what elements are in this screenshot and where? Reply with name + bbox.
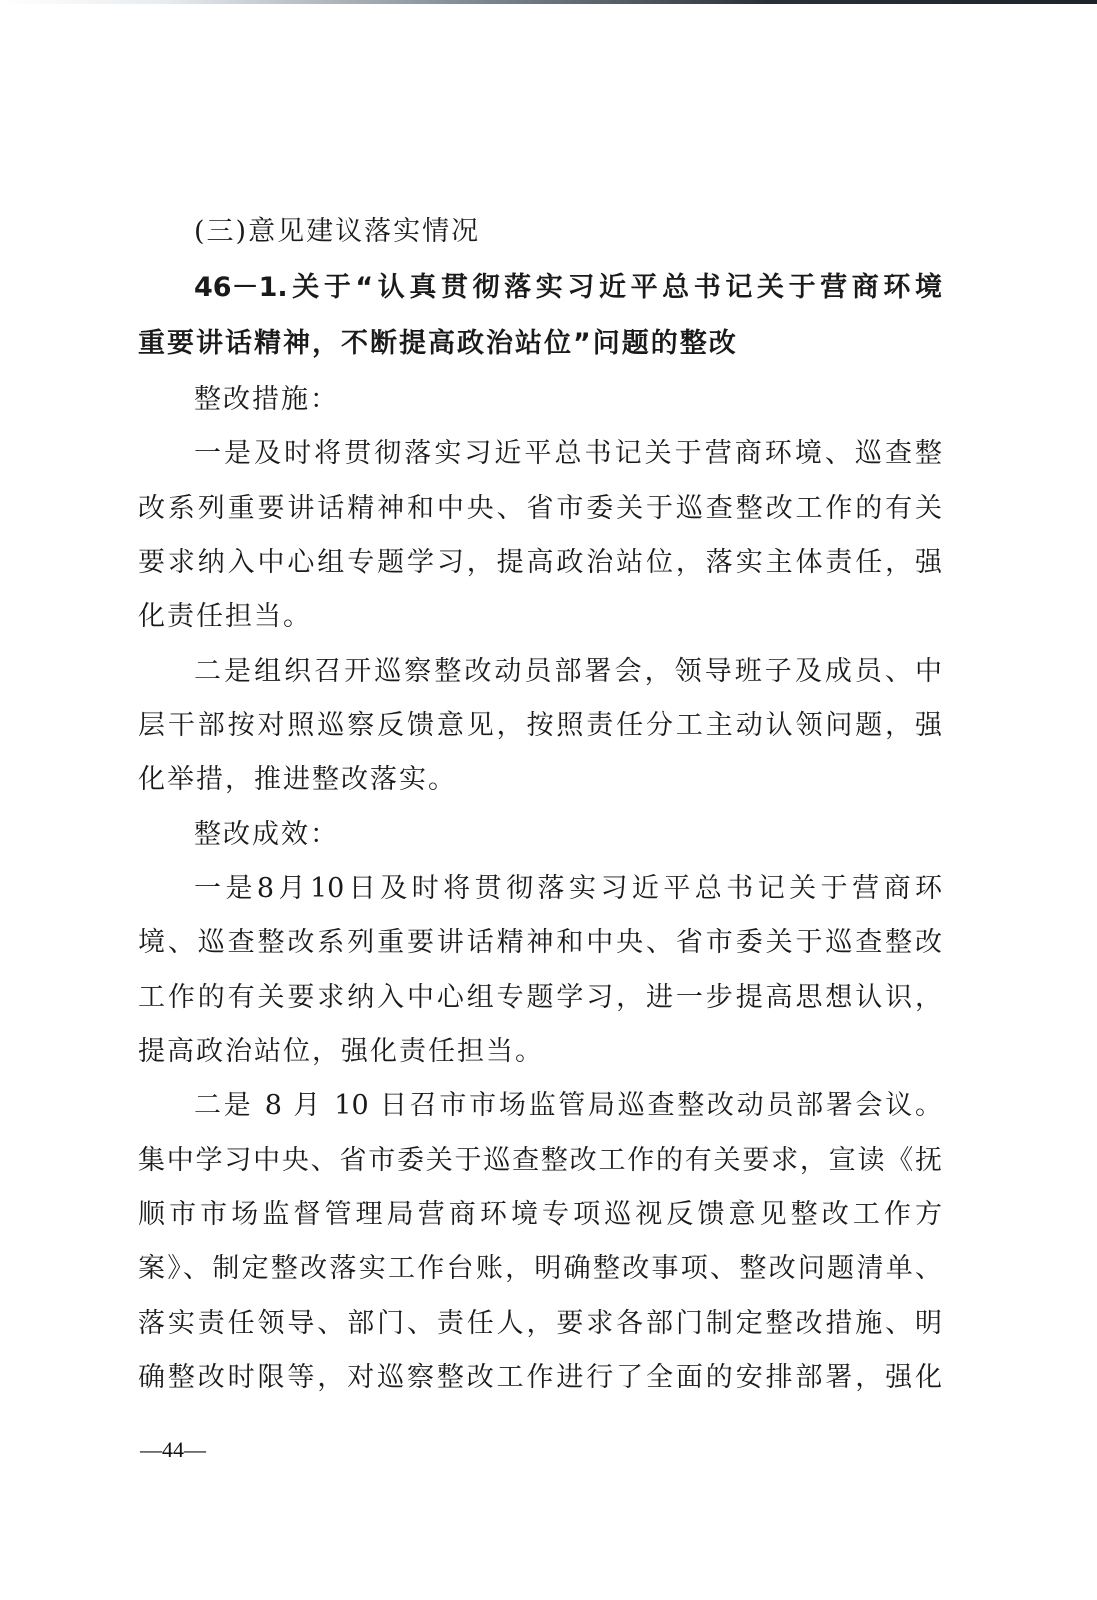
section-heading: (三)意见建议落实情况: [194, 212, 942, 252]
paragraph-line: 二是 8 月 10 日召市市场监管局巡查整改动员部署会议。: [194, 1086, 942, 1126]
paragraph-line: 提高政治站位，强化责任担当。: [138, 1032, 942, 1072]
paragraph-line: 化举措，推进整改落实。: [138, 760, 942, 800]
paragraph-line: 二是组织召开巡察整改动员部署会，领导班子及成员、中: [194, 652, 942, 692]
paragraph-line: 案》、制定整改落实工作台账，明确整改事项、整改问题清单、: [138, 1249, 942, 1289]
item-title-line: 重要讲话精神，不断提高政治站位”问题的整改: [138, 324, 942, 364]
paragraph-line: 一是8月10日及时将贯彻落实习近平总书记关于营商环: [194, 869, 942, 909]
paragraph-line: 要求纳入中心组专题学习，提高政治站位，落实主体责任，强: [138, 543, 942, 583]
measures-label: 整改措施：: [194, 380, 942, 420]
paragraph-line: 工作的有关要求纳入中心组专题学习，进一步提高思想认识，: [138, 978, 942, 1018]
paragraph-line: 层干部按对照巡察反馈意见，按照责任分工主动认领问题，强: [138, 706, 942, 746]
paragraph-line: 落实责任领导、部门、责任人，要求各部门制定整改措施、明: [138, 1304, 942, 1344]
paragraph-line: 化责任担当。: [138, 597, 942, 637]
paragraph-line: 一是及时将贯彻落实习近平总书记关于营商环境、巡查整: [194, 434, 942, 474]
page-number: —44—: [140, 1435, 206, 1465]
scan-edge: [0, 0, 1097, 4]
results-label: 整改成效：: [194, 815, 942, 855]
paragraph-line: 境、巡查整改系列重要讲话精神和中央、省市委关于巡查整改: [138, 923, 942, 963]
paragraph-line: 确整改时限等，对巡察整改工作进行了全面的安排部署，强化: [138, 1358, 942, 1398]
paragraph-line: 顺市市场监督管理局营商环境专项巡视反馈意见整改工作方: [138, 1195, 942, 1235]
paragraph-line: 集中学习中央、省市委关于巡查整改工作的有关要求，宣读《抚: [138, 1141, 942, 1181]
paragraph-line: 改系列重要讲话精神和中央、省市委关于巡查整改工作的有关: [138, 489, 942, 529]
item-title-line: 46－1.关于“认真贯彻落实习近平总书记关于营商环境: [194, 268, 942, 308]
